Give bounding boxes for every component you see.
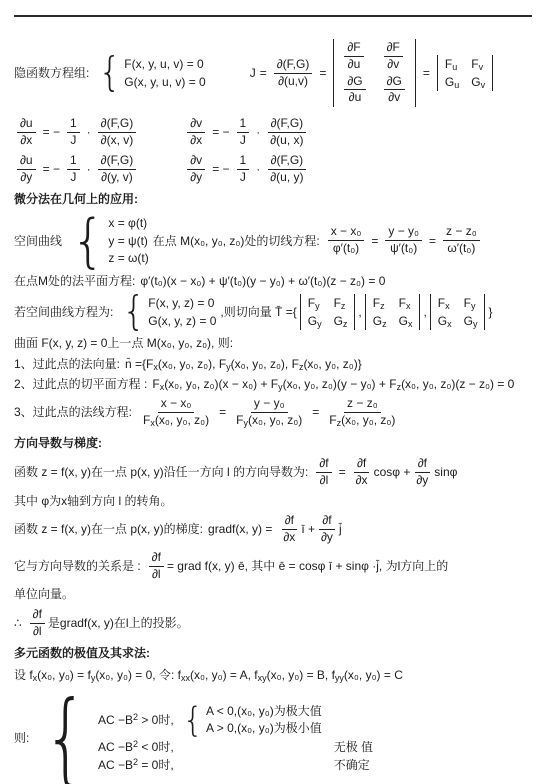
denominator: J (237, 133, 249, 148)
relation-label: 它与方向导数的关系是 : (14, 559, 141, 573)
det-entry: Fx (438, 296, 450, 310)
numerator: ∂f (319, 514, 334, 530)
denominator: ∂(x, v) (98, 133, 137, 148)
numerator: z − z₀ (344, 397, 381, 413)
denominator: Fy(x₀, y₀, z₀) (233, 413, 305, 428)
curve-equations-label: 若空间曲线方程为: (14, 305, 113, 319)
normal-line-fraction-y: y − y₀ Fy(x₀, y₀, z₀) (233, 397, 305, 428)
lhs-fraction: ∂v ∂y (187, 154, 205, 185)
right-brace: } (488, 305, 492, 319)
df-dx-fraction: ∂f ∂x (280, 514, 298, 545)
det-entry: Gx (438, 314, 452, 328)
numerator: ∂f (30, 608, 45, 624)
denominator: Fz(x₀, y₀, z₀) (326, 413, 398, 428)
left-brace: { (44, 688, 89, 784)
denominator: ∂(u,v) (275, 74, 311, 89)
numerator: 1 (67, 117, 80, 133)
tangent-fraction-x: x − x₀ φ′(t₀) (328, 225, 365, 256)
denominator: J (237, 170, 249, 185)
normal-line-fraction-z: z − z₀ Fz(x₀, y₀, z₀) (326, 397, 398, 428)
det-entry: Fv (471, 57, 483, 71)
equals-minus-sign: = − (212, 125, 229, 139)
denominator: J (67, 170, 79, 185)
numerator: ∂G (344, 75, 365, 91)
lhs-fraction: ∂u ∂x (17, 117, 36, 148)
projection-row: ∴ ∂f ∂l 是gradf(x, y)在l上的投影。 (14, 608, 532, 639)
extrema-case-3: AC −B2 = 0时, 不确定 (98, 758, 370, 772)
section-title-text: 多元函数的极值及其求法: (14, 646, 150, 660)
numerator: 1 (237, 117, 250, 133)
lhs-fraction: ∂v ∂x (187, 117, 205, 148)
equals-sign: = (423, 66, 430, 80)
df-dy-fraction: ∂f ∂y (318, 514, 336, 545)
partial-derivative-formula: ∂u ∂x = − 1 J · ∂(F,G) ∂(x, v) (14, 117, 139, 148)
space-curve-label: 空间曲线 (14, 234, 62, 248)
equals-minus-sign: = − (43, 162, 60, 176)
extrema-cases-row: 则: { AC −B2 > 0时, { A < 0,(x₀, y₀)为极大值 A… (14, 688, 532, 784)
normal-plane-row: 在点M处的法平面方程: φ′(t₀)(x − x₀) + ψ′(t₀)(y − … (14, 274, 532, 288)
df-dl-fraction: ∂f ∂l (149, 551, 164, 582)
one-over-J: 1 J (67, 117, 80, 148)
dot-operator: · (256, 125, 260, 139)
system-equation-2: G(x, y, u, v) = 0 (124, 75, 205, 89)
det-entry: Gz (334, 314, 348, 328)
extrema-case-list: AC −B2 > 0时, { A < 0,(x₀, y₀)为极大值 A > 0,… (98, 704, 373, 773)
denominator: ∂y (17, 170, 35, 185)
implicit-system-row: 隐函数方程组: { F(x, y, u, v) = 0 G(x, y, u, v… (14, 39, 532, 107)
curve-equation-system: { F(x, y, z) = 0 G(x, y, z) = 0 (122, 294, 216, 330)
det-entry: ∂F ∂v (384, 41, 403, 72)
one-over-J: 1 J (237, 117, 250, 148)
det-entry: Gv (471, 75, 485, 89)
denominator: ∂x (17, 133, 35, 148)
partial-derivative-formula: ∂v ∂y = − 1 J · ∂(F,G) ∂(u, y) (184, 154, 309, 185)
det-entry: Gy (464, 314, 478, 328)
section-title-gradient: 方向导数与梯度: (14, 436, 532, 450)
denominator: ∂l (149, 567, 164, 582)
denominator: ∂(y, v) (98, 170, 136, 185)
equals-sign: = (371, 234, 378, 248)
numerator: ∂(F,G) (268, 154, 307, 170)
equals-sign: = (260, 66, 267, 80)
denominator: ∂x (187, 133, 205, 148)
comma: , (423, 305, 426, 319)
numerator: 1 (67, 154, 80, 170)
rhs-fraction: ∂(F,G) ∂(y, v) (98, 154, 137, 185)
denominator: Fx(x₀, y₀, z₀) (140, 413, 212, 428)
partial-derivatives-row-2: ∂u ∂y = − 1 J · ∂(F,G) ∂(y, v) ∂v ∂y = −… (14, 154, 532, 185)
det-entry: ∂F ∂u (344, 41, 363, 72)
denominator: ∂u (346, 90, 365, 105)
denominator: ∂x (353, 473, 371, 488)
numerator: ∂u (17, 117, 36, 133)
directional-derivative-text: 函数 z = f(x, y)在一点 p(x, y)沿任一方向 l 的方向导数为: (14, 465, 308, 479)
cos-term: cosφ + (374, 465, 411, 479)
denominator: ∂y (318, 530, 336, 545)
denominator: ∂(u, y) (267, 170, 306, 185)
normal-vector-row: 1、过此点的法向量: n̄ ={Fx(x₀, y₀, z₀), Fy(x₀, y… (14, 357, 532, 371)
relation-formula: = grad f(x, y) ē, 其中 ē = cosφ ī + sinφ ·… (167, 559, 448, 573)
case1-min: A > 0,(x₀, y₀)为极小值 (206, 721, 322, 735)
tangent-fraction-y: y − y₀ ψ′(t₀) (385, 225, 422, 256)
item3-label: 3、过此点的法线方程: (14, 405, 132, 419)
system-equation-2: G(x, y, z) = 0 (148, 314, 216, 328)
param-y: y = ψ(t) (108, 234, 148, 248)
det-entry: Fy (464, 296, 476, 310)
document-page: 隐函数方程组: { F(x, y, u, v) = 0 G(x, y, u, v… (0, 0, 546, 784)
tangent-vector-text: ,则切向量 T̄ ={ (220, 305, 296, 319)
normal-plane-label: 在点M处的法平面方程: (14, 274, 135, 288)
equals-sign: = (312, 405, 319, 419)
tangent-plane-row: 2、过此点的切平面方程 : Fx(x₀, y₀, z₀)(x − x₀) + F… (14, 377, 532, 391)
numerator: y − y₀ (385, 225, 422, 241)
case3-condition: AC −B2 = 0时, (98, 758, 174, 772)
tangent-line-text: 在点 M(x₀, y₀, z₀)处的切线方程: (153, 234, 320, 248)
case1-max: A < 0,(x₀, y₀)为极大值 (206, 704, 322, 718)
numerator: ∂f (316, 457, 331, 473)
numerator: ∂F (384, 41, 403, 57)
left-brace: { (122, 292, 145, 332)
tangent-vector-row: 若空间曲线方程为: { F(x, y, z) = 0 G(x, y, z) = … (14, 294, 532, 330)
surface-row: 曲面 F(x, y, z) = 0上一点 M(x₀, y₀, z₀), 则: (14, 336, 532, 350)
directional-derivative-row: 函数 z = f(x, y)在一点 p(x, y)沿任一方向 l 的方向导数为:… (14, 457, 532, 488)
dot-operator: · (256, 162, 260, 176)
numerator: ∂v (187, 117, 205, 133)
angle-note-row: 其中 φ为x轴到方向 l 的转角。 (14, 494, 532, 508)
det-entry: Fy (308, 296, 320, 310)
rhs-fraction: ∂(F,G) ∂(u, x) (267, 117, 306, 148)
gradient-text: 函数 z = f(x, y)在一点 p(x, y)的梯度: (14, 522, 203, 536)
numerator: z − z₀ (443, 225, 480, 241)
det-entry: Gz (373, 314, 387, 328)
tangent-plane-formula: Fx(x₀, y₀, z₀)(x − x₀) + Fy(x₀, y₀, z₀)(… (152, 377, 514, 391)
therefore-symbol: ∴ (14, 616, 22, 630)
jacobian-fraction: ∂(F,G) ∂(u,v) (274, 58, 313, 89)
numerator: ∂(F,G) (98, 154, 137, 170)
df-dy-fraction: ∂f ∂y (413, 457, 431, 488)
normal-vector-formula: n̄ ={Fx(x₀, y₀, z₀), Fy(x₀, y₀, z₀), Fz(… (125, 357, 362, 371)
partial-derivatives-row-1: ∂u ∂x = − 1 J · ∂(F,G) ∂(x, v) ∂v ∂x = −… (14, 117, 532, 148)
denominator: φ′(t₀) (330, 241, 362, 256)
case3-result: 不确定 (334, 758, 370, 772)
angle-note-text: 其中 φ为x轴到方向 l 的转角。 (14, 494, 172, 508)
numerator: ∂(F,G) (274, 58, 313, 74)
section-title-text: 方向导数与梯度: (14, 436, 102, 450)
denominator: ∂(u, x) (267, 133, 306, 148)
left-brace: { (183, 703, 203, 737)
denominator: ∂v (385, 90, 403, 105)
df-dl-fraction: ∂f ∂l (316, 457, 331, 488)
tangent-determinant-3: Fx Fy Gx Gy (430, 294, 486, 330)
normal-line-row: 3、过此点的法线方程: x − x₀ Fx(x₀, y₀, z₀) = y − … (14, 397, 532, 428)
numerator: ∂(F,G) (98, 117, 137, 133)
rhs-fraction: ∂(F,G) ∂(x, v) (98, 117, 137, 148)
surface-text: 曲面 F(x, y, z) = 0上一点 M(x₀, y₀, z₀), 则: (14, 336, 233, 350)
left-brace: { (98, 53, 121, 93)
then-label: 则: (14, 731, 29, 745)
extrema-case-2: AC −B2 < 0时, 无极 值 (98, 740, 373, 754)
numerator: y − y₀ (251, 397, 288, 413)
numerator: ∂u (17, 154, 36, 170)
section-title-extrema: 多元函数的极值及其求法: (14, 646, 532, 660)
denominator: ∂y (187, 170, 205, 185)
section-title-text: 微分法在几何上的应用: (14, 192, 138, 206)
denominator: J (67, 133, 79, 148)
item2-label: 2、过此点的切平面方程 : (14, 377, 147, 391)
numerator: ∂f (354, 457, 369, 473)
normal-line-fraction-x: x − x₀ Fx(x₀, y₀, z₀) (140, 397, 212, 428)
case2-result: 无极 值 (334, 740, 373, 754)
det-entry: ∂G ∂v (384, 75, 405, 106)
case1-condition: AC −B2 > 0时, (98, 713, 174, 727)
denominator: ∂v (384, 57, 402, 72)
denominator: ω′(t₀) (444, 241, 478, 256)
jacobian-symbol: J (250, 66, 256, 80)
subscript-determinant: Fu Fv Gu Gv (437, 55, 493, 91)
det-entry: Gx (399, 314, 413, 328)
unit-vector-row: 单位向量。 (14, 587, 532, 601)
numerator: ∂f (149, 551, 164, 567)
denominator: ∂l (30, 624, 45, 639)
sin-term: sinφ (434, 465, 457, 479)
numerator: x − x₀ (328, 225, 365, 241)
denominator: ∂y (413, 473, 431, 488)
relation-row: 它与方向导数的关系是 : ∂f ∂l = grad f(x, y) ē, 其中 … (14, 551, 532, 582)
numerator: ∂F (344, 41, 363, 57)
det-entry: ∂G ∂u (344, 75, 365, 106)
equals-minus-sign: = − (212, 162, 229, 176)
det-entry: Fz (373, 296, 385, 310)
partials-determinant: ∂F ∂u ∂F ∂v ∂G ∂u ∂G ∂v (333, 39, 416, 107)
j-unit-term: j̄ (339, 522, 342, 536)
partial-derivative-formula: ∂v ∂x = − 1 J · ∂(F,G) ∂(u, x) (184, 117, 309, 148)
system-equation-1: F(x, y, u, v) = 0 (124, 57, 203, 71)
tangent-determinant-2: Fz Fx Gz Gx (365, 294, 421, 330)
numerator: x − x₀ (158, 397, 195, 413)
gradient-definition-row: 函数 z = f(x, y)在一点 p(x, y)的梯度: gradf(x, y… (14, 514, 532, 545)
det-entry: Fz (334, 296, 346, 310)
tangent-fraction-z: z − z₀ ω′(t₀) (443, 225, 480, 256)
rhs-fraction: ∂(F,G) ∂(u, y) (267, 154, 306, 185)
denominator: ∂x (280, 530, 298, 545)
extrema-setup-row: 设 fx(x₀, y₀) = fy(x₀, y₀) = 0, 令: fxx(x₀… (14, 668, 532, 682)
left-brace: { (71, 212, 105, 270)
dot-operator: · (87, 162, 91, 176)
denominator: ∂u (345, 57, 364, 72)
df-dx-fraction: ∂f ∂x (353, 457, 371, 488)
partial-derivative-formula: ∂u ∂y = − 1 J · ∂(F,G) ∂(y, v) (14, 154, 139, 185)
det-entry: Gu (445, 75, 459, 89)
header-rule (14, 15, 532, 17)
numerator: ∂G (384, 75, 405, 91)
det-entry: Gy (308, 314, 322, 328)
system-equation-1: F(x, y, z) = 0 (148, 296, 214, 310)
case1-subcases: { A < 0,(x₀, y₀)为极大值 A > 0,(x₀, y₀)为极小值 (183, 704, 322, 736)
equals-sign: = (219, 405, 226, 419)
implicit-equation-system: { F(x, y, u, v) = 0 G(x, y, u, v) = 0 (98, 55, 205, 91)
det-entry: Fu (445, 57, 457, 71)
normal-plane-formula: φ′(t₀)(x − x₀) + ψ′(t₀)(y − y₀) + ω′(t₀)… (140, 274, 385, 288)
one-over-J: 1 J (67, 154, 80, 185)
comma: , (358, 305, 361, 319)
equals-minus-sign: = − (43, 125, 60, 139)
curve-parametric-system: { x = φ(t) y = ψ(t) z = ω(t) (71, 214, 149, 268)
space-curve-row: 空间曲线 { x = φ(t) y = ψ(t) z = ω(t) 在点 M(x… (14, 214, 532, 268)
numerator: ∂v (187, 154, 205, 170)
numerator: ∂f (282, 514, 297, 530)
gradient-lhs: gradf(x, y) = (208, 522, 272, 536)
equals-sign: = (319, 66, 326, 80)
implicit-label: 隐函数方程组: (14, 66, 89, 80)
param-z: z = ω(t) (108, 251, 148, 265)
numerator: ∂(F,G) (268, 117, 307, 133)
numerator: 1 (237, 154, 250, 170)
extrema-case-1: AC −B2 > 0时, { A < 0,(x₀, y₀)为极大值 A > 0,… (98, 704, 326, 736)
lhs-fraction: ∂u ∂y (17, 154, 36, 185)
one-over-J: 1 J (237, 154, 250, 185)
equals-sign: = (429, 234, 436, 248)
numerator: ∂f (415, 457, 430, 473)
dot-operator: · (87, 125, 91, 139)
equals-sign: = (339, 465, 346, 479)
tangent-determinant-1: Fy Fz Gy Gz (300, 294, 356, 330)
param-x: x = φ(t) (108, 216, 147, 230)
df-dl-fraction: ∂f ∂l (30, 608, 45, 639)
det-entry: Fx (399, 296, 411, 310)
i-unit-term: ī + (301, 522, 315, 536)
item1-label: 1、过此点的法向量: (14, 357, 120, 371)
case2-condition: AC −B2 < 0时, (98, 740, 174, 754)
projection-text: 是gradf(x, y)在l上的投影。 (48, 616, 189, 630)
section-title-geometry: 微分法在几何上的应用: (14, 192, 532, 206)
denominator: ∂l (317, 473, 332, 488)
denominator: ψ′(t₀) (387, 241, 420, 256)
unit-vector-text: 单位向量。 (14, 587, 74, 601)
